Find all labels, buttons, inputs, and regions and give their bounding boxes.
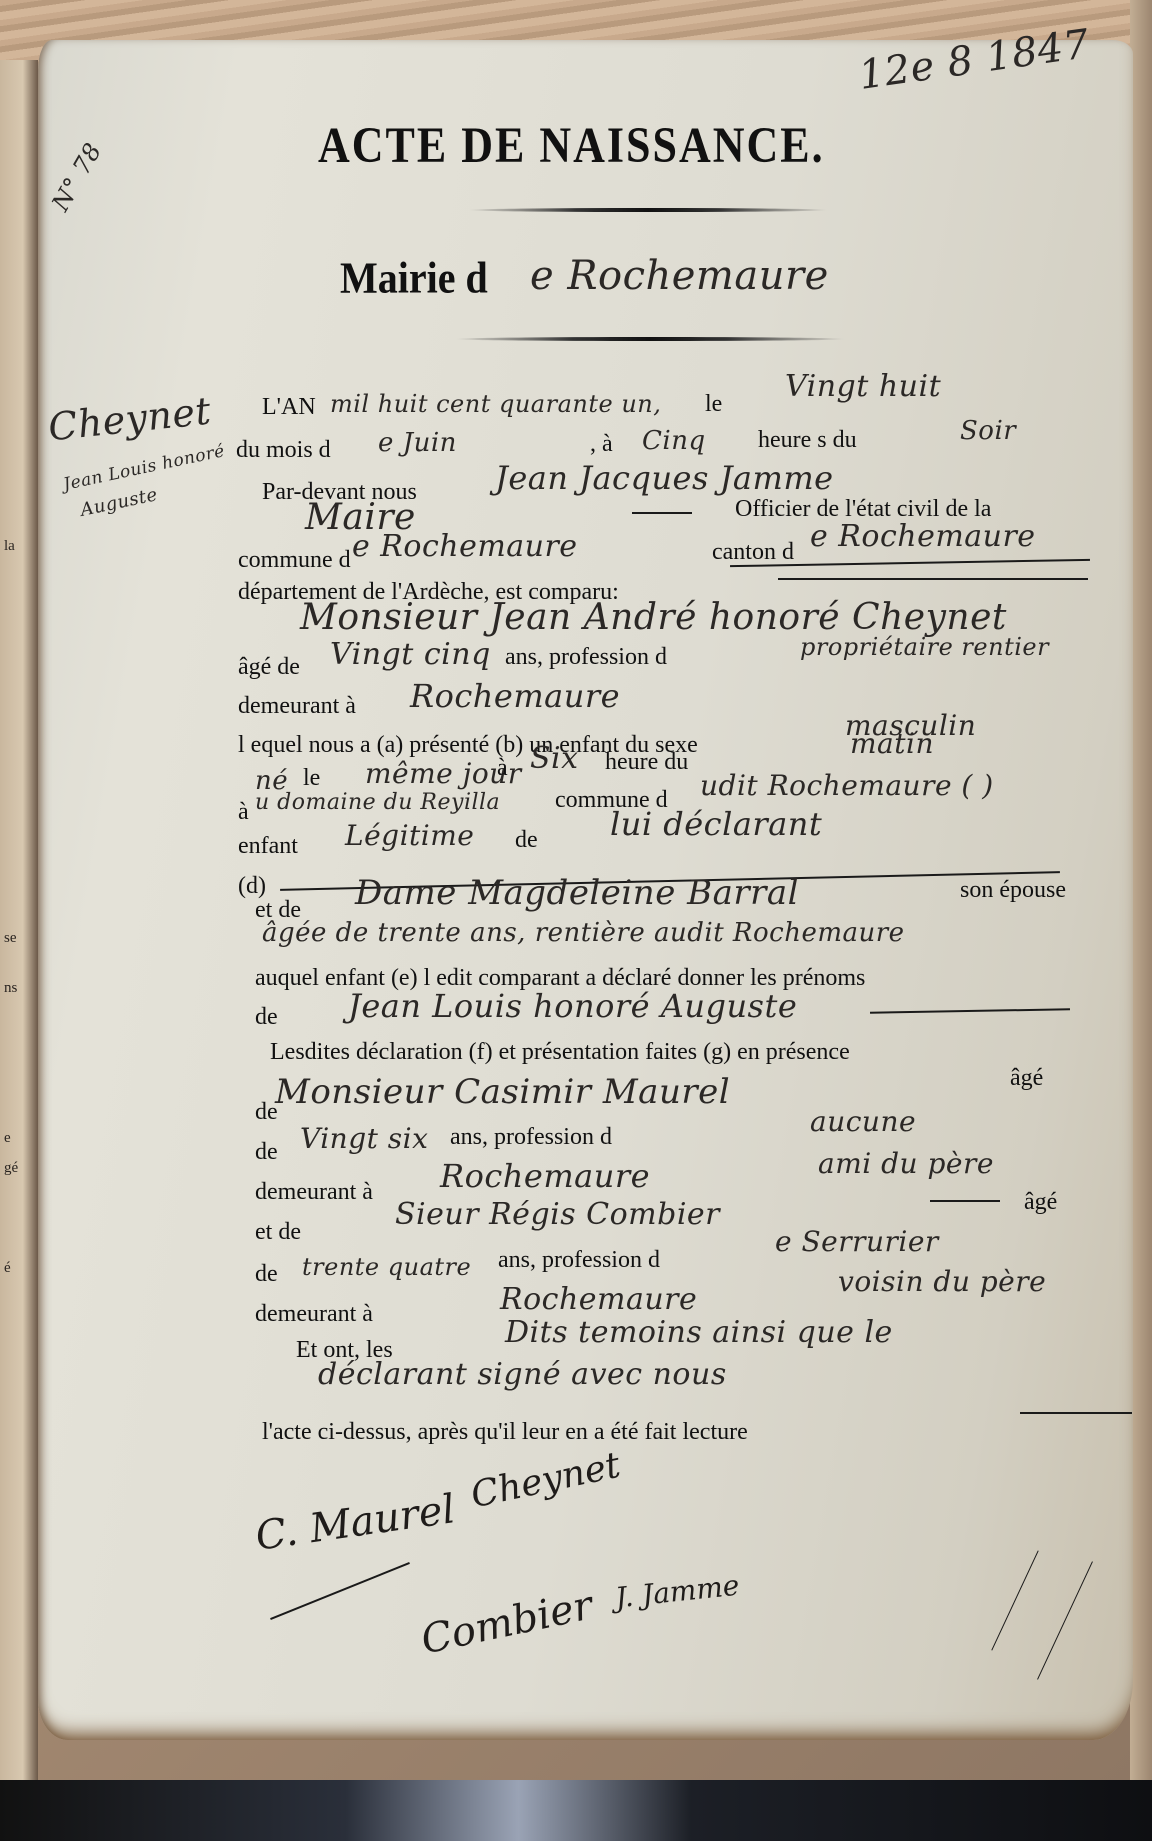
handwritten-of: lui déclarant xyxy=(610,808,822,840)
print-text: L'AN xyxy=(262,395,316,419)
facing-page-edge: la se ns e gé é xyxy=(0,60,38,1780)
print-text: heure du xyxy=(605,750,688,774)
print-text: , à xyxy=(590,432,613,456)
print-text: du mois d xyxy=(236,438,331,462)
facing-page-fragment: ns xyxy=(4,980,17,997)
facing-page-fragment: la xyxy=(4,538,15,555)
handwritten-hour: Cinq xyxy=(642,428,706,454)
print-text: ans, profession d xyxy=(450,1125,612,1149)
print-text: le xyxy=(705,392,722,416)
ornamental-divider xyxy=(468,208,828,212)
print-text: et de xyxy=(255,1220,301,1244)
print-text: demeurant à xyxy=(255,1302,373,1326)
handwritten-canton: e Rochemaure xyxy=(810,522,1036,552)
page-stack-edge xyxy=(1130,0,1152,1841)
handwritten-legitimacy: Légitime xyxy=(345,822,474,850)
handwritten-year: mil huit cent quarante un, xyxy=(330,392,661,416)
handwritten-birth-commune: udit Rochemaure ( ) xyxy=(700,772,994,800)
print-text: Lesdites déclaration (f) et présentation… xyxy=(270,1040,850,1064)
facing-page-fragment: se xyxy=(4,930,17,947)
print-text: de xyxy=(515,828,538,852)
handwritten-signing-clause-2: déclarant signé avec nous xyxy=(318,1360,727,1390)
handwritten-witness2-residence: Rochemaure xyxy=(500,1285,697,1315)
handwritten-month: e Juin xyxy=(378,430,457,456)
print-text: (d) xyxy=(238,874,266,898)
handwritten-witness1-name: Monsieur Casimir Maurel xyxy=(275,1075,730,1109)
handwritten-officer-name: Jean Jacques Jamme xyxy=(495,462,834,494)
handwritten-witness2-name: Sieur Régis Combier xyxy=(395,1200,720,1230)
print-text: à xyxy=(497,756,508,780)
print-text: de xyxy=(255,1140,278,1164)
print-text: demeurant à xyxy=(238,694,356,718)
print-text: demeurant à xyxy=(255,1180,373,1204)
handwritten-birth-period: matin xyxy=(850,730,934,758)
fill-line xyxy=(778,578,1088,580)
print-text: de xyxy=(255,1262,278,1286)
handwritten-birth-place: u domaine du Reyilla xyxy=(255,792,500,814)
print-text: de xyxy=(255,1005,278,1029)
print-text: son épouse xyxy=(960,878,1066,902)
handwritten-witness2-profession: e Serrurier xyxy=(775,1228,939,1256)
mairie-label: Mairie d xyxy=(340,256,488,300)
ornamental-divider xyxy=(455,337,845,341)
print-text: ans, profession d xyxy=(498,1248,660,1272)
handwritten-mother-name: Dame Magdeleine Barral xyxy=(355,876,799,910)
fill-line xyxy=(1020,1412,1132,1414)
print-text: âgé xyxy=(1010,1066,1043,1090)
handwritten-witness2-relation: voisin du père xyxy=(838,1268,1046,1296)
print-text: enfant xyxy=(238,834,298,858)
print-text: heure s du xyxy=(758,428,857,452)
handwritten-witness1-age: Vingt six xyxy=(300,1125,428,1153)
fill-line xyxy=(930,1200,1000,1202)
fill-line xyxy=(632,512,692,514)
handwritten-witness1-profession: aucune xyxy=(810,1108,916,1136)
print-text: à xyxy=(238,800,249,824)
mairie-commune: e Rochemaure xyxy=(530,256,829,296)
print-text: l'acte ci-dessus, après qu'il leur en a … xyxy=(262,1420,748,1444)
facing-page-fragment: gé xyxy=(4,1160,18,1177)
handwritten-father-name: Monsieur Jean André honoré Cheynet xyxy=(300,600,1007,636)
document-title: ACTE DE NAISSANCE. xyxy=(318,121,825,172)
print-text: le xyxy=(303,766,320,790)
print-text: âgé xyxy=(1024,1190,1057,1214)
facing-page-fragment: é xyxy=(4,1260,11,1277)
print-text: âgé de xyxy=(238,655,300,679)
handwritten-witness1-residence: Rochemaure xyxy=(440,1160,650,1192)
handwritten-father-residence: Rochemaure xyxy=(410,680,620,712)
print-text: ans, profession d xyxy=(505,645,667,669)
handwritten-child-names: Jean Louis honoré Auguste xyxy=(348,990,797,1022)
handwritten-father-profession: propriétaire rentier xyxy=(800,635,1049,659)
handwritten-day: Vingt huit xyxy=(785,372,941,402)
background-below-book xyxy=(0,1780,1152,1841)
handwritten-witness1-relation: ami du père xyxy=(818,1150,994,1178)
handwritten-father-age: Vingt cinq xyxy=(330,640,491,670)
print-text: commune d xyxy=(238,548,351,572)
handwritten-commune: e Rochemaure xyxy=(352,532,578,562)
print-text: Officier de l'état civil de la xyxy=(735,497,991,521)
handwritten-period: Soir xyxy=(960,418,1016,444)
print-text: canton d xyxy=(712,540,794,564)
handwritten-signing-clause: Dits temoins ainsi que le xyxy=(505,1318,893,1348)
handwritten-witness2-age: trente quatre xyxy=(302,1255,471,1279)
handwritten-birth-hour: Six xyxy=(530,744,579,774)
facing-page-fragment: e xyxy=(4,1130,11,1147)
handwritten-mother-details: âgée de trente ans, rentière audit Roche… xyxy=(262,920,905,946)
